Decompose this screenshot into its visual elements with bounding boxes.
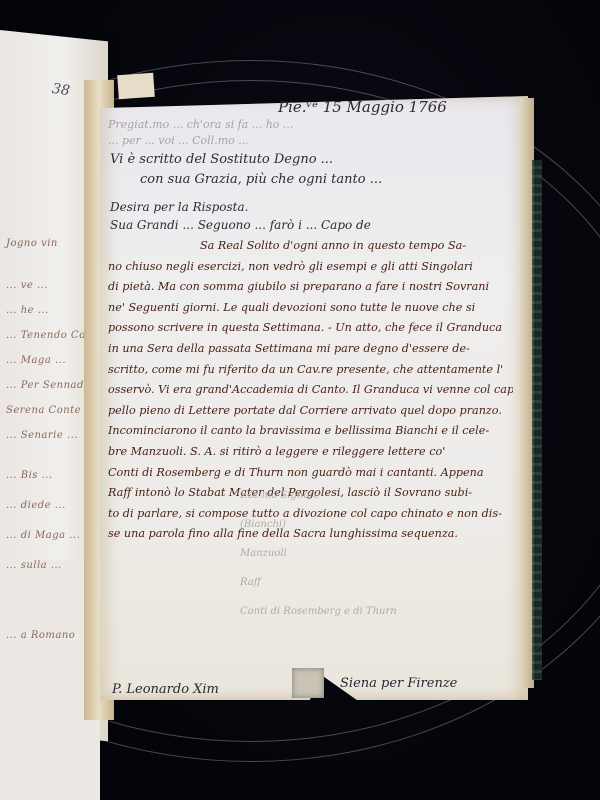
footer-destination: Siena per Firenze: [340, 676, 457, 691]
struck-line: Desira per la Risposta.: [110, 200, 248, 214]
faint-note: Manzuoli: [240, 548, 397, 559]
letter-date: Pie.ᵛᵉ 15 Maggio 1766: [278, 98, 447, 116]
body-line: no chiuso negli esercizi, non vedrò gli …: [108, 257, 513, 278]
struck-line: Vi è scritto del Sostituto Degno ...: [110, 152, 333, 167]
faint-note: Raff: [240, 577, 397, 588]
left-page-line: ... Per Sennade: [6, 380, 90, 391]
body-line: scritto, come mi fu riferito da un Cav.r…: [108, 360, 513, 381]
body-line: di pietà. Ma con somma giubilo si prepar…: [108, 277, 513, 298]
faint-lower-notes: Ecc.mo Signore (Bianchi) Manzuoli Raff C…: [240, 490, 397, 635]
struck-line: Sua Grandi ... Seguono ... farò i ... Ca…: [110, 218, 371, 232]
left-page-line: ... ve ...: [6, 280, 48, 291]
left-page-line: ... sulla ...: [6, 560, 62, 571]
struck-line: con sua Grazia, più che ogni tanto ...: [140, 172, 382, 187]
torn-paper: [292, 668, 324, 698]
paper-tab: [117, 73, 155, 99]
left-page-line: ... he ...: [6, 305, 49, 316]
faint-note: Ecc.mo Signore: [240, 490, 397, 501]
body-line: ne' Seguenti giorni. Le quali devozioni …: [108, 298, 513, 319]
body-line: osservò. Vi era grand'Accademia di Canto…: [108, 380, 513, 401]
faint-note: (Bianchi): [240, 519, 397, 530]
body-line: bre Manzuoli. S. A. si ritirò a leggere …: [108, 442, 513, 463]
left-page-line: Jogno vin: [6, 238, 58, 249]
body-line: possono scrivere in questa Settimana. - …: [108, 318, 513, 339]
letter-footer: P. Leonardo Xim Siena per Firenze: [112, 682, 219, 697]
page-number: 38: [51, 81, 71, 99]
left-page-line: Serena Conte ...: [6, 405, 96, 416]
left-page-line: ... Bis ...: [6, 470, 53, 481]
left-page-line: ... diede ...: [6, 500, 66, 511]
left-page-line: ... Senarie ...: [6, 430, 78, 441]
body-line: in una Sera della passata Settimana mi p…: [108, 339, 513, 360]
faint-note: Conti di Rosemberg e di Thurn: [240, 606, 397, 617]
body-line: Conti di Rosemberg e di Thurn non guardò…: [108, 463, 513, 484]
left-page-line: ... Maga ...: [6, 355, 66, 366]
body-line: Sa Real Solito d'ogni anno in questo tem…: [108, 236, 513, 257]
left-page-line: ... di Maga ...: [6, 530, 80, 541]
footer-signature: P. Leonardo Xim: [112, 682, 219, 697]
faint-header-line: ... per ... voi ... Coll.mo ...: [108, 134, 249, 147]
binding-edge: [532, 160, 542, 680]
faint-header-line: Pregiat.mo ... ch'ora si fa ... ho ...: [108, 118, 293, 131]
body-line: pello pieno di Lettere portate dal Corri…: [108, 401, 513, 422]
body-line: Incominciarono il canto la bravissima e …: [108, 421, 513, 442]
left-page-line: ... a Romano: [6, 630, 75, 641]
